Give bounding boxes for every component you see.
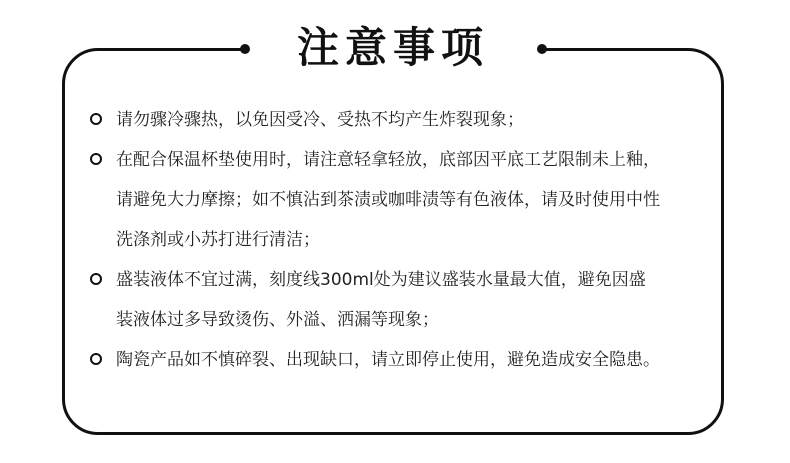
note-line: 装液体过多导致烫伤、外溢、洒漏等现象； [116,300,706,340]
circle-bullet-icon [90,153,102,165]
note-line: 在配合保温杯垫使用时，请注意轻拿轻放，底部因平底工艺限制未上釉， [116,140,706,180]
notes-list: 请勿骤冷骤热，以免因受冷、受热不均产生炸裂现象； 在配合保温杯垫使用时，请注意轻… [86,100,706,380]
note-line: 洗涤剂或小苏打进行清洁； [116,220,706,260]
circle-bullet-icon [90,353,102,365]
note-item-3: 盛装液体不宜过满，刻度线300ml处为建议盛装水量最大值，避免因盛 装液体过多导… [86,260,706,340]
page-title: 注意事项 [247,22,539,74]
note-line: 请避免大力摩擦；如不慎沾到茶渍或咖啡渍等有色液体，请及时使用中性 [116,180,706,220]
note-line: 盛装液体不宜过满，刻度线300ml处为建议盛装水量最大值，避免因盛 [116,260,706,300]
note-line: 陶瓷产品如不慎碎裂、出现缺口，请立即停止使用，避免造成安全隐患。 [116,340,706,380]
note-item-1: 请勿骤冷骤热，以免因受冷、受热不均产生炸裂现象； [86,100,706,140]
note-item-4: 陶瓷产品如不慎碎裂、出现缺口，请立即停止使用，避免造成安全隐患。 [86,340,706,380]
circle-bullet-icon [90,273,102,285]
note-line: 请勿骤冷骤热，以免因受冷、受热不均产生炸裂现象； [116,100,706,140]
circle-bullet-icon [90,113,102,125]
note-item-2: 在配合保温杯垫使用时，请注意轻拿轻放，底部因平底工艺限制未上釉， 请避免大力摩擦… [86,140,706,260]
